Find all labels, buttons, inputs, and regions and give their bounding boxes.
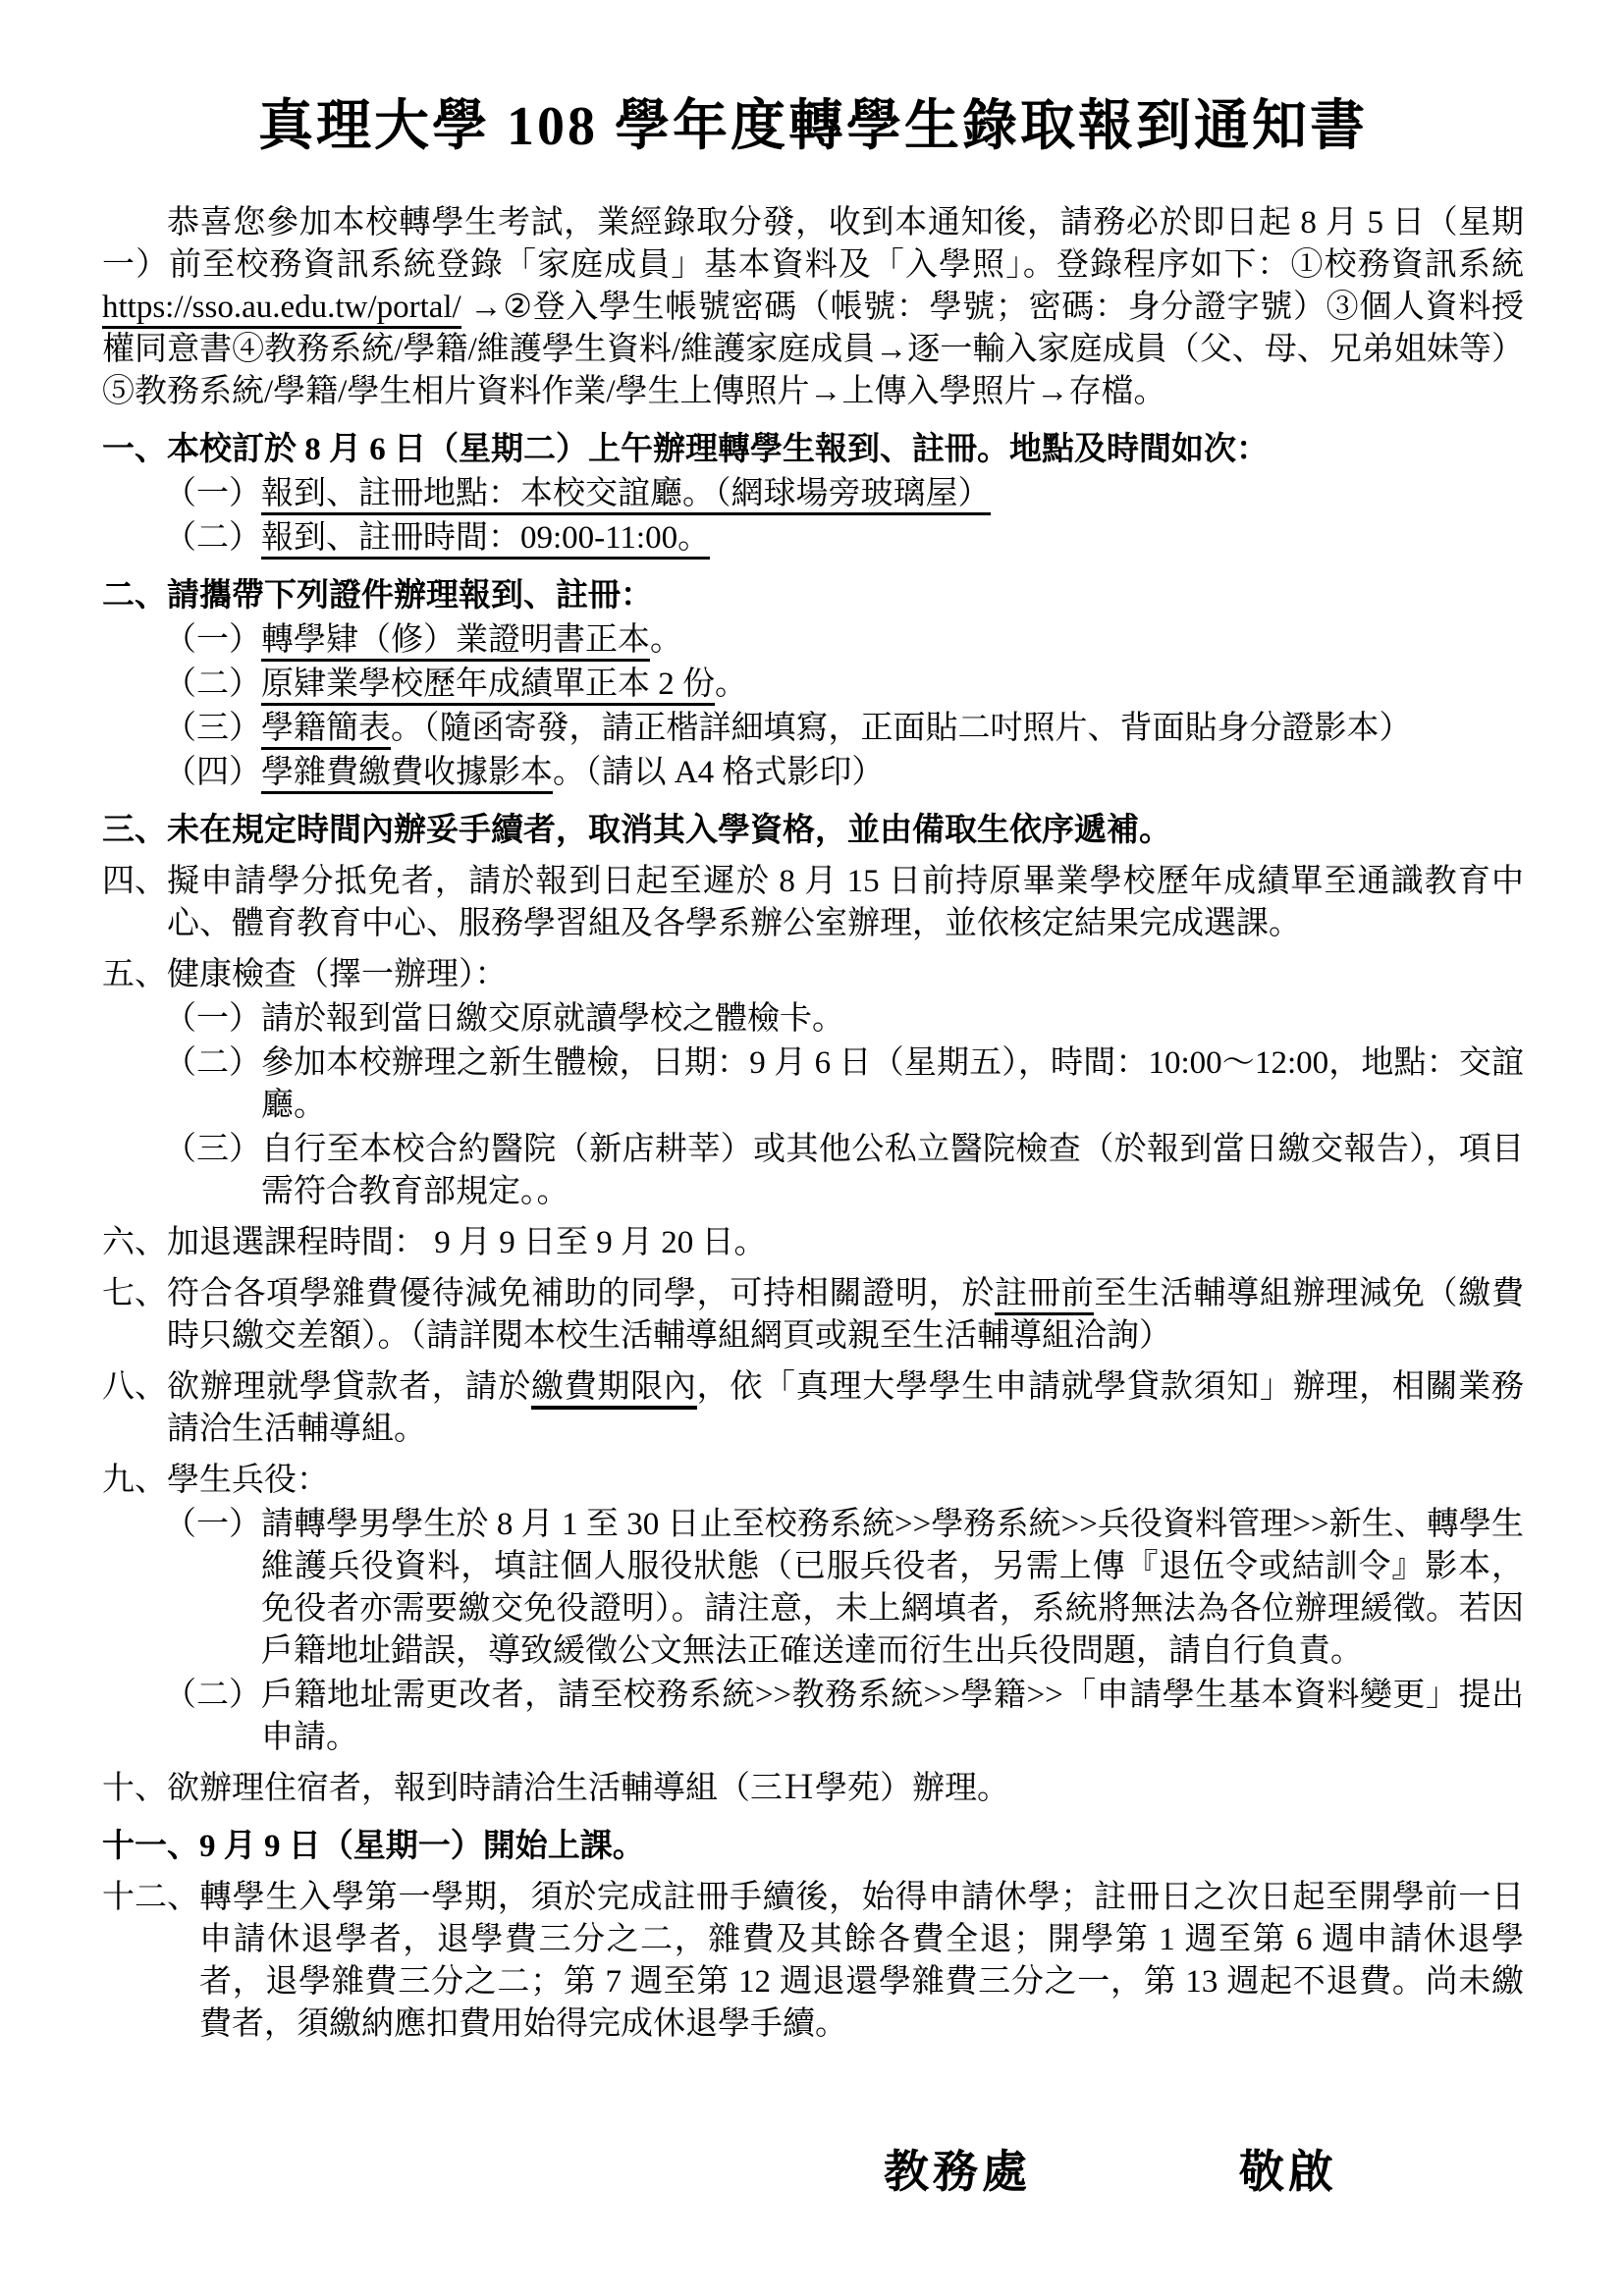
notice-document: 真理大學 108 學年度轉學生錄取報到通知書 恭喜您參加本校轉學生考試，業經錄取…: [0, 0, 1624, 2296]
document-transcript: 原肄業學校歷年成績單正本 2 份: [261, 667, 715, 706]
section-9-item-1-text: 請轉學男學生於 8 月 1 至 30 日止至校務系統>>學務系統>>兵役資料管理…: [261, 1504, 1524, 1673]
section-1-item-2-number: （二）: [164, 517, 261, 560]
section-7: 七、 符合各項學雜費優待減免補助的同學，可持相關證明，於註冊前至生活輔導組辦理減…: [102, 1273, 1524, 1358]
section-12: 十二、 轉學生入學第一學期，須於完成註冊手續後，始得申請休學；註冊日之次日起至開…: [102, 1877, 1524, 2046]
intro-text-pre: 恭喜您參加本校轉學生考試，業經錄取分發，收到本通知後，請務必於即日起 8 月 5…: [102, 205, 1524, 283]
section-10-text: 欲辦理住宿者，報到時請洽生活輔導組（三Ｈ學苑）辦理。: [167, 1768, 1524, 1810]
page-title: 真理大學 108 學年度轉學生錄取報到通知書: [102, 82, 1524, 161]
section-2-item-3-text: 學籍簡表。（隨函寄發，請正楷詳細填寫，正面貼二吋照片、背面貼身分證影本）: [261, 708, 1524, 750]
section-2-item-1-text: 轉學肄（修）業證明書正本。: [261, 619, 1524, 662]
section-5-item-2-text: 參加本校辦理之新生體檢，日期：9 月 6 日（星期五），時間：10:00～12:…: [261, 1042, 1524, 1127]
section-5-number: 五、: [102, 954, 167, 996]
document-fee-receipt: 學雜費繳費收據影本: [261, 755, 553, 794]
section-2-item-3-number: （三）: [164, 708, 261, 750]
section-2-item-1-tail: 。: [650, 622, 682, 658]
section-1-item-2: （二） 報到、註冊時間：09:00-11:00。: [164, 517, 1524, 560]
section-7-text: 符合各項學雜費優待減免補助的同學，可持相關證明，於註冊前至生活輔導組辦理減免（繳…: [167, 1273, 1524, 1358]
section-5-item-1: （一） 請於報到當日繳交原就讀學校之體檢卡。: [164, 998, 1524, 1041]
section-2-item-2: （二） 原肄業學校歷年成績單正本 2 份。: [164, 664, 1524, 706]
section-2-item-2-text: 原肄業學校歷年成績單正本 2 份。: [261, 664, 1524, 706]
section-2: 二、 請攜帶下列證件辦理報到、註冊：: [102, 575, 1524, 617]
section-1-item-1-number: （一）: [164, 473, 261, 515]
section-6-text: 加退選課程時間： 9 月 9 日至 9 月 20 日。: [167, 1222, 1524, 1264]
section-1-text: 本校訂於 8 月 6 日（星期二）上午辦理轉學生報到、註冊。地點及時間如次：: [167, 429, 1524, 471]
intro-paragraph: 恭喜您參加本校轉學生考試，業經錄取分發，收到本通知後，請務必於即日起 8 月 5…: [102, 202, 1524, 413]
section-9-item-1: （一） 請轉學男學生於 8 月 1 至 30 日止至校務系統>>學務系統>>兵役…: [164, 1504, 1524, 1673]
section-2-item-2-tail: 。: [715, 667, 747, 702]
section-9-item-2: （二） 戶籍地址需更改者，請至校務系統>>教務系統>>學籍>>「申請學生基本資料…: [164, 1675, 1524, 1759]
signature-closing: 敬啟: [1239, 2136, 1337, 2201]
section-8: 八、 欲辦理就學貸款者，請於繳費期限內，依「真理大學學生申請就學貸款須知」辦理，…: [102, 1366, 1524, 1451]
section-2-item-4-text: 學雜費繳費收據影本。（請以 A4 格式影印）: [261, 752, 1524, 794]
section-3-number: 三、: [102, 810, 167, 852]
document-status-form: 學籍簡表: [261, 711, 391, 750]
section-2-item-4-tail: 。（請以 A4 格式影印）: [553, 755, 884, 790]
signature-department: 教務處: [884, 2136, 1031, 2201]
section-9-text: 學生兵役：: [167, 1460, 1524, 1502]
section-5-item-3: （三） 自行至本校合約醫院（新店耕莘）或其他公私立醫院檢查（於報到當日繳交報告）…: [164, 1129, 1524, 1213]
registration-time: 報到、註冊時間：09:00-11:00。: [261, 520, 710, 560]
section-5-text: 健康檢查（擇一辦理）：: [167, 954, 1524, 996]
section-2-item-1: （一） 轉學肄（修）業證明書正本。: [164, 619, 1524, 662]
section-1: 一、 本校訂於 8 月 6 日（星期二）上午辦理轉學生報到、註冊。地點及時間如次…: [102, 429, 1524, 471]
section-5-item-2-number: （二）: [164, 1042, 261, 1127]
section-2-item-3-tail: 。（隨函寄發，請正楷詳細填寫，正面貼二吋照片、背面貼身分證影本）: [391, 711, 1412, 746]
section-10-number: 十、: [102, 1768, 167, 1810]
before-registration-emphasis: 註冊前: [995, 1276, 1094, 1315]
payment-deadline-emphasis: 繳費期限內: [531, 1369, 697, 1410]
section-5-item-1-number: （一）: [164, 998, 261, 1041]
registration-location: 報到、註冊地點：本校交誼廳。（網球場旁玻璃屋）: [261, 476, 991, 515]
section-9-item-1-number: （一）: [164, 1504, 261, 1673]
section-5: 五、 健康檢查（擇一辦理）：: [102, 954, 1524, 996]
section-2-text: 請攜帶下列證件辦理報到、註冊：: [167, 575, 1524, 617]
section-2-item-3: （三） 學籍簡表。（隨函寄發，請正楷詳細填寫，正面貼二吋照片、背面貼身分證影本）: [164, 708, 1524, 750]
section-11: 十一、 9 月 9 日（星期一）開始上課。: [102, 1826, 1524, 1868]
section-12-number: 十二、: [102, 1877, 199, 2046]
section-1-item-1-text: 報到、註冊地點：本校交誼廳。（網球場旁玻璃屋）: [261, 473, 1524, 515]
section-11-number: 十一、: [102, 1826, 199, 1868]
section-3: 三、 未在規定時間內辦妥手續者，取消其入學資格，並由備取生依序遞補。: [102, 810, 1524, 852]
document-certificate: 轉學肄（修）業證明書正本: [261, 622, 650, 662]
section-5-item-2: （二） 參加本校辦理之新生體檢，日期：9 月 6 日（星期五），時間：10:00…: [164, 1042, 1524, 1127]
section-1-item-1: （一） 報到、註冊地點：本校交誼廳。（網球場旁玻璃屋）: [164, 473, 1524, 515]
section-9-item-2-text: 戶籍地址需更改者，請至校務系統>>教務系統>>學籍>>「申請學生基本資料變更」提…: [261, 1675, 1524, 1759]
section-4: 四、 擬申請學分抵免者，請於報到日起至遲於 8 月 15 日前持原畢業學校歷年成…: [102, 861, 1524, 945]
section-2-item-1-number: （一）: [164, 619, 261, 662]
section-10: 十、 欲辦理住宿者，報到時請洽生活輔導組（三Ｈ學苑）辦理。: [102, 1768, 1524, 1810]
section-9-item-2-number: （二）: [164, 1675, 261, 1759]
section-7-text-pre: 符合各項學雜費優待減免補助的同學，可持相關證明，於: [167, 1276, 995, 1311]
section-11-text: 9 月 9 日（星期一）開始上課。: [199, 1826, 1524, 1868]
section-8-text: 欲辦理就學貸款者，請於繳費期限內，依「真理大學學生申請就學貸款須知」辦理，相關業…: [167, 1366, 1524, 1451]
section-5-item-3-text: 自行至本校合約醫院（新店耕莘）或其他公私立醫院檢查（於報到當日繳交報告），項目需…: [261, 1129, 1524, 1213]
section-5-item-3-number: （三）: [164, 1129, 261, 1213]
section-2-item-2-number: （二）: [164, 664, 261, 706]
section-12-text: 轉學生入學第一學期，須於完成註冊手續後，始得申請休學；註冊日之次日起至開學前一日…: [199, 1877, 1524, 2046]
section-2-number: 二、: [102, 575, 167, 617]
section-7-number: 七、: [102, 1273, 167, 1358]
section-8-number: 八、: [102, 1366, 167, 1451]
section-2-item-4: （四） 學雜費繳費收據影本。（請以 A4 格式影印）: [164, 752, 1524, 794]
section-6: 六、 加退選課程時間： 9 月 9 日至 9 月 20 日。: [102, 1222, 1524, 1264]
section-9: 九、 學生兵役：: [102, 1460, 1524, 1502]
section-4-text: 擬申請學分抵免者，請於報到日起至遲於 8 月 15 日前持原畢業學校歷年成績單至…: [167, 861, 1524, 945]
section-1-number: 一、: [102, 429, 167, 471]
signature-block: 教務處 敬啟: [884, 2136, 1524, 2201]
section-4-number: 四、: [102, 861, 167, 945]
section-9-number: 九、: [102, 1460, 167, 1502]
section-6-number: 六、: [102, 1222, 167, 1264]
portal-url-link[interactable]: https://sso.au.edu.tw/portal/: [102, 290, 461, 329]
section-2-item-4-number: （四）: [164, 752, 261, 794]
section-1-item-2-text: 報到、註冊時間：09:00-11:00。: [261, 517, 1524, 560]
section-5-item-1-text: 請於報到當日繳交原就讀學校之體檢卡。: [261, 998, 1524, 1041]
section-8-text-pre: 欲辦理就學貸款者，請於: [167, 1369, 531, 1405]
section-3-text: 未在規定時間內辦妥手續者，取消其入學資格，並由備取生依序遞補。: [167, 810, 1524, 852]
